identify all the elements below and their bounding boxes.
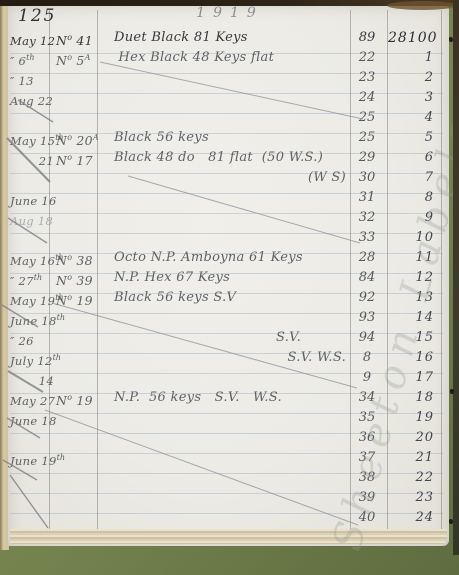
no-abbreviation: No: [56, 33, 72, 48]
ledger-photo: 125 1919 May 12No 41Duet Black 81 Keys89…: [0, 0, 459, 575]
ledger-row: 21No 17Black 48 do 81 flat (50 W.S.)296: [0, 148, 459, 168]
page-edge-stack: [10, 529, 447, 544]
description-cell: (W S): [100, 168, 348, 188]
ledger-row: May 12No 41Duet Black 81 Keys8928100: [0, 28, 459, 48]
no-abbreviation: No: [56, 153, 72, 168]
count-cell: 31: [350, 188, 384, 208]
folio-number: 125: [18, 6, 56, 26]
ledger-row: ″ 6thNo 5A Hex Black 48 Keys flat221: [0, 48, 459, 68]
serial-cell: 2: [388, 68, 434, 88]
description-cell: N.P. 56 keys S.V. W.S.: [100, 388, 360, 408]
serial-cell: 3: [388, 88, 434, 108]
count-cell: 89: [350, 28, 384, 48]
ledger-row: ″ 13232: [0, 68, 459, 88]
description-cell: Black 48 do 81 flat (50 W.S.): [100, 148, 360, 168]
serial-cell: 4: [388, 108, 434, 128]
count-cell: 23: [350, 68, 384, 88]
description-cell: N.P. Hex 67 Keys: [100, 268, 360, 288]
serial-cell: 5: [388, 128, 434, 148]
ledger-row: Aug 22243: [0, 88, 459, 108]
serial-cell: 23: [388, 488, 434, 508]
count-cell: 32: [350, 208, 384, 228]
no-abbreviation: No: [56, 53, 72, 68]
serial-cell: 22: [388, 468, 434, 488]
count-cell: 84: [350, 268, 384, 288]
description-cell: S.V. W.S.: [100, 348, 348, 368]
paper-edge-speck: [449, 519, 453, 524]
no-abbreviation: No: [56, 273, 72, 288]
paper-edge-speck: [450, 389, 454, 394]
serial-cell: 24: [388, 508, 434, 528]
count-cell: 93: [350, 308, 384, 328]
serial-cell: 1: [388, 48, 434, 68]
ledger-row: 4024: [0, 508, 459, 528]
year-heading: 1919: [160, 5, 300, 21]
no-abbreviation: No: [56, 133, 72, 148]
description-cell: Duet Black 81 Keys: [100, 28, 360, 48]
count-cell: 92: [350, 288, 384, 308]
description-cell: Hex Black 48 Keys flat: [100, 48, 360, 68]
count-cell: 28: [350, 248, 384, 268]
description-cell: Octo N.P. Amboyna 61 Keys: [100, 248, 360, 268]
ledger-row: (W S)307: [0, 168, 459, 188]
ledger-row: Aug 18329: [0, 208, 459, 228]
ledger-row: 3923: [0, 488, 459, 508]
no-abbreviation: No: [56, 253, 72, 268]
count-cell: 25: [350, 128, 384, 148]
count-cell: 22: [350, 48, 384, 68]
no-abbreviation: No: [56, 293, 72, 308]
ledger-row: 254: [0, 108, 459, 128]
ledger-row: ″ 27thNo 39N.P. Hex 67 Keys8412: [0, 268, 459, 288]
description-cell: Black 56 keys S.V: [100, 288, 360, 308]
ledger-row: May 15thNo 20ABlack 56 keys255: [0, 128, 459, 148]
count-cell: 30: [350, 168, 384, 188]
count-cell: 33: [350, 228, 384, 248]
count-cell: 25: [350, 108, 384, 128]
paper-edge-speck: [449, 37, 453, 42]
description-cell: Black 56 keys: [100, 128, 360, 148]
ledger-row: May 16thNo 38Octo N.P. Amboyna 61 Keys28…: [0, 248, 459, 268]
no-abbreviation: No: [56, 393, 72, 408]
count-cell: 29: [350, 148, 384, 168]
photo-border-right: [453, 0, 459, 555]
serial-cell: 28100: [388, 28, 434, 48]
ledger-row: June 16318: [0, 188, 459, 208]
ledger-row: 3310: [0, 228, 459, 248]
count-cell: 24: [350, 88, 384, 108]
photo-corner-blotch: [387, 1, 457, 10]
